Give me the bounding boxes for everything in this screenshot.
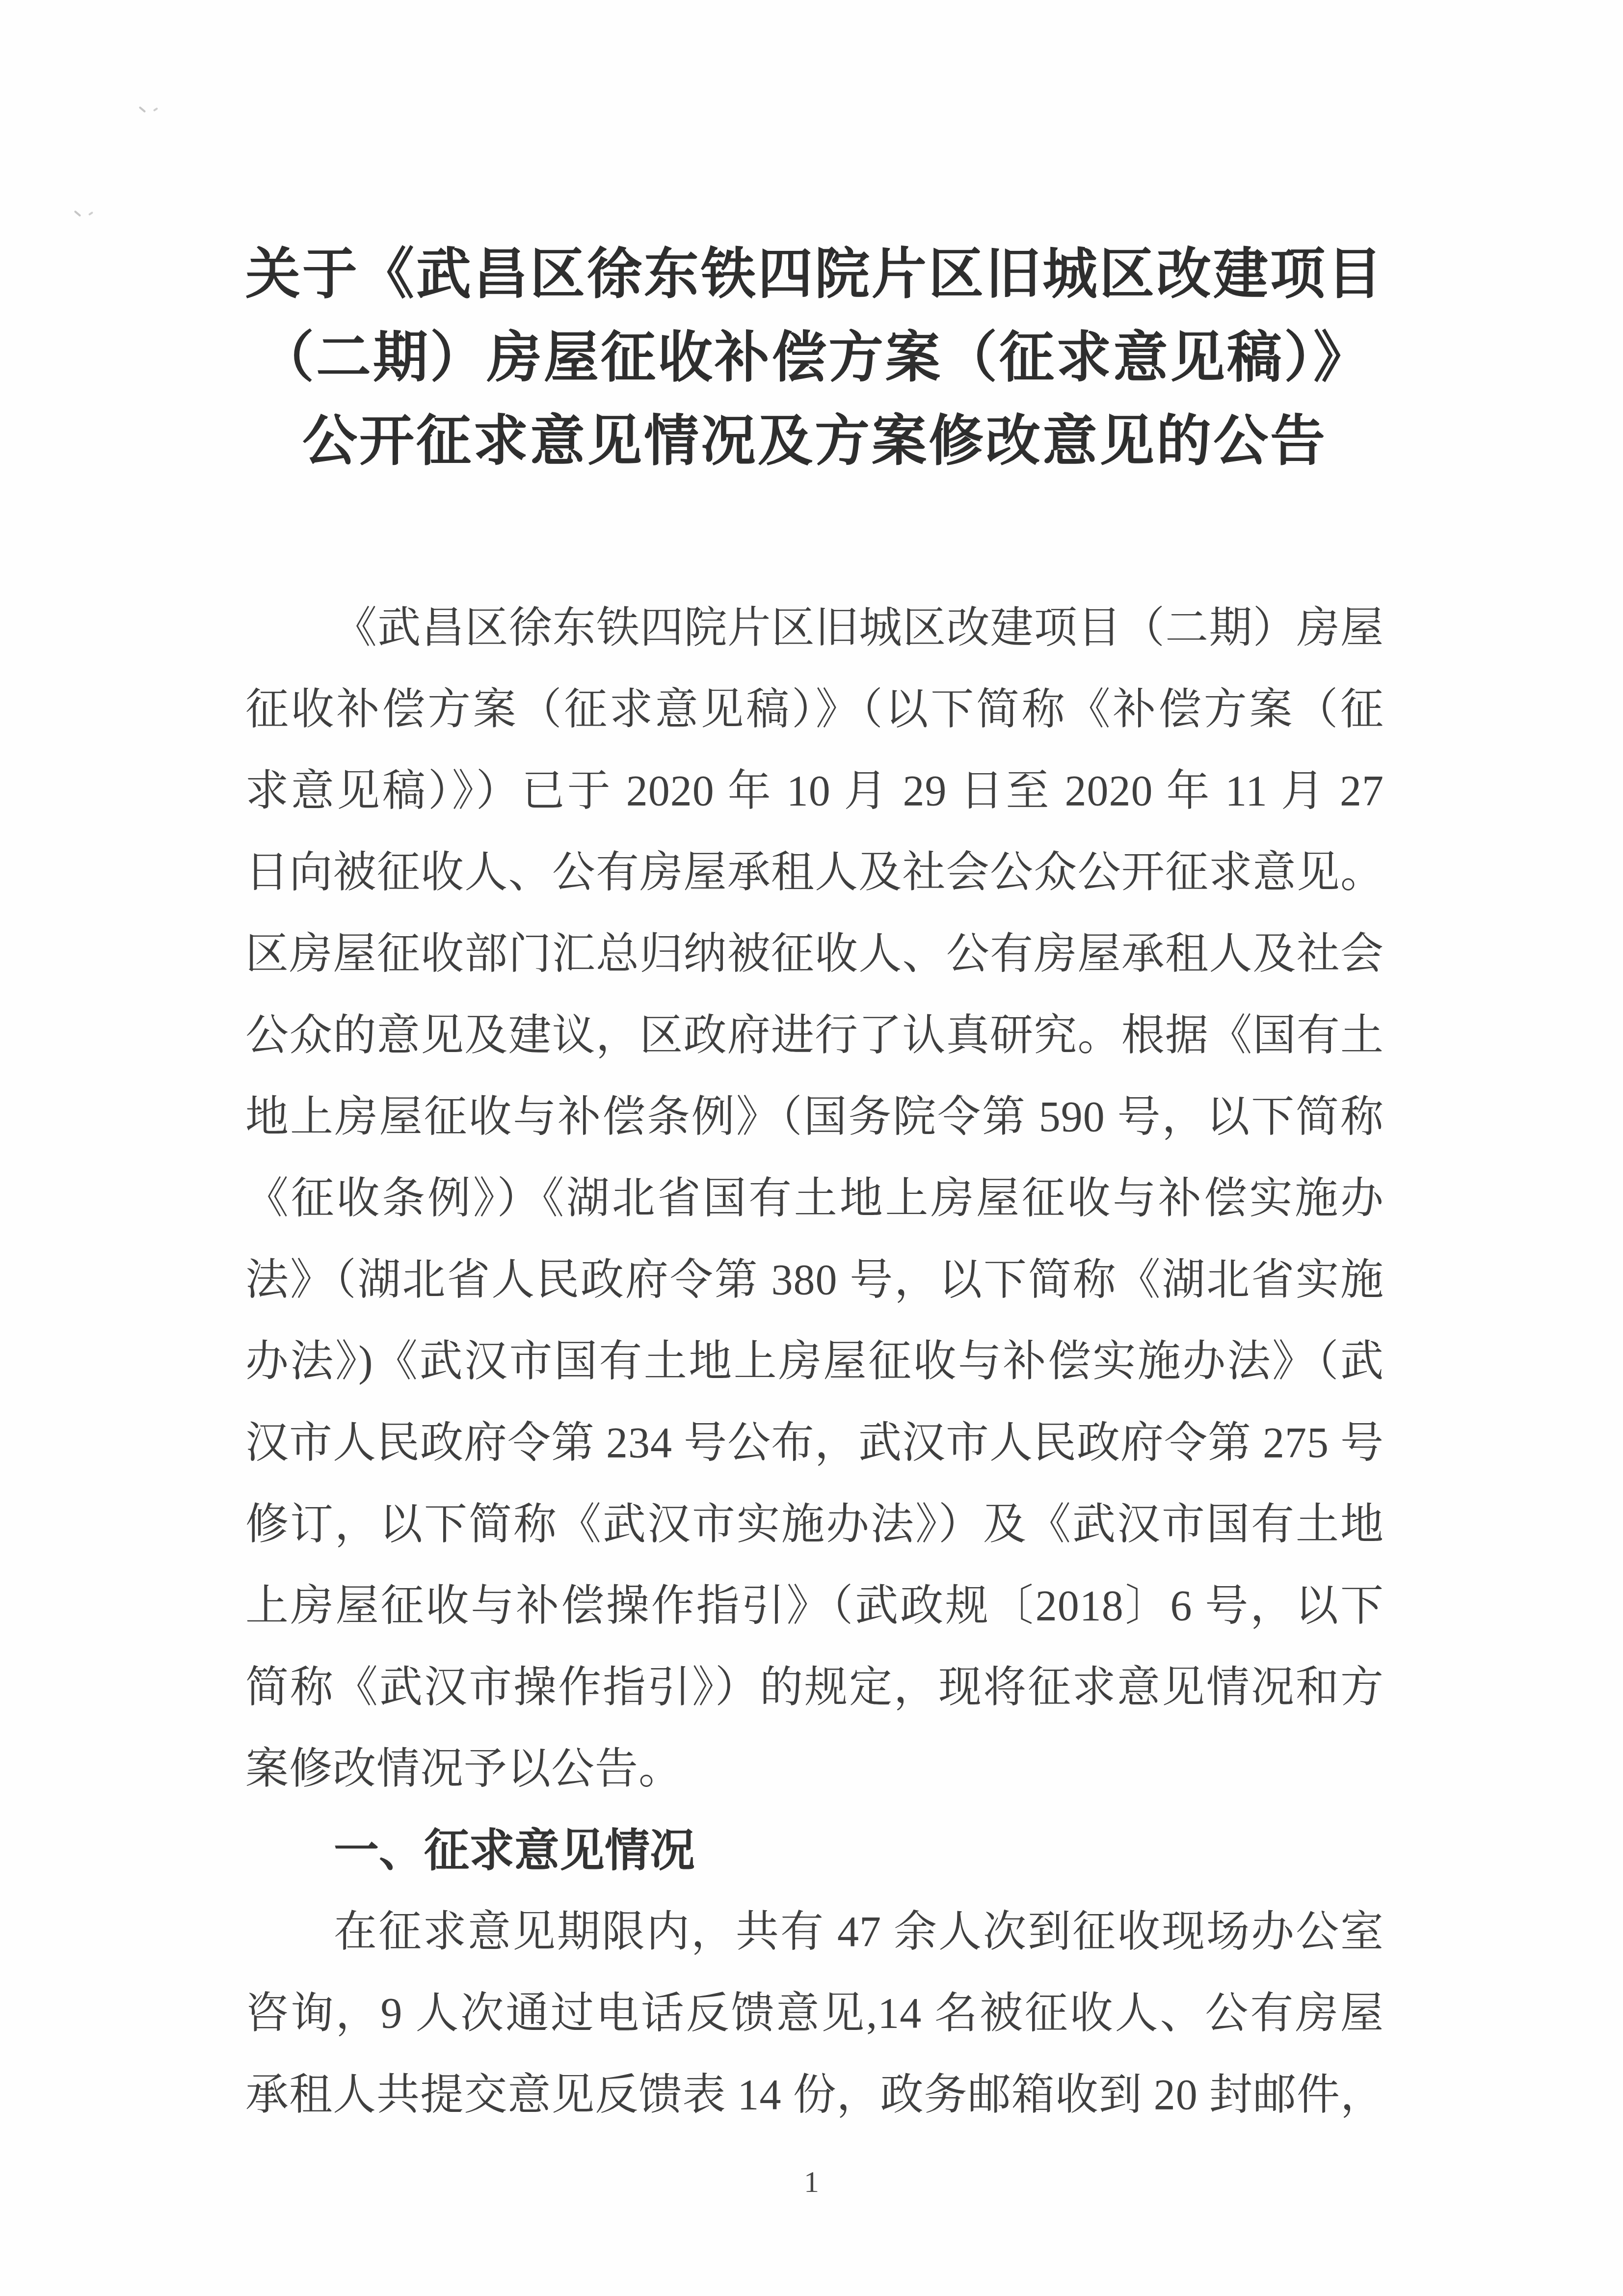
paragraph2-line: 咨询，9 人次通过电话反馈意见,14 名被征收人、公有房屋 (245, 1973, 1384, 2054)
paragraph1-line: 《征收条例》）《湖北省国有土地上房屋征收与补偿实施办 (245, 1158, 1384, 1240)
paragraph2-line: 承租人共提交意见反馈表 14 份，政务邮箱收到 20 封邮件， (245, 2054, 1384, 2136)
paragraph1-line: 办法》)《武汉市国有土地上房屋征收与补偿实施办法》（武 (245, 1321, 1384, 1403)
paragraph1-line: 《武昌区徐东铁四院片区旧城区改建项目（二期）房屋 (245, 588, 1384, 669)
paragraph1-line: 日向被征收人、公有房屋承租人及社会公众公开征求意见。 (245, 832, 1384, 914)
paragraph1-line: 地上房屋征收与补偿条例》（国务院令第 590 号，以下简称 (245, 1077, 1384, 1158)
document-page: 关于《武昌区徐东铁四院片区旧城区改建项目 （二期）房屋征收补偿方案（征求意见稿）… (0, 0, 1623, 2296)
paragraph2-line: 在征求意见期限内，共有 47 余人次到征收现场办公室 (245, 1891, 1384, 1973)
paragraph1-line: 案修改情况予以公告。 (245, 1729, 1384, 1810)
document-body: 《武昌区徐东铁四院片区旧城区改建项目（二期）房屋 征收补偿方案（征求意见稿）》（… (245, 588, 1384, 2136)
paragraph1-line: 征收补偿方案（征求意见稿）》（以下简称《补偿方案（征 (245, 669, 1384, 751)
page-number: 1 (0, 2165, 1623, 2200)
scan-artifact (74, 208, 93, 217)
paragraph1-line: 求意见稿）》）已于 2020 年 10 月 29 日至 2020 年 11 月 … (245, 751, 1384, 832)
paragraph1-line: 区房屋征收部门汇总归纳被征收人、公有房屋承租人及社会 (245, 914, 1384, 995)
document-title: 关于《武昌区徐东铁四院片区旧城区改建项目 （二期）房屋征收补偿方案（征求意见稿）… (236, 233, 1394, 484)
paragraph1-line: 上房屋征收与补偿操作指引》（武政规〔2018〕6 号，以下 (245, 1566, 1384, 1647)
paragraph1-line: 汉市人民政府令第 234 号公布，武汉市人民政府令第 275 号 (245, 1403, 1384, 1484)
paragraph1-line: 公众的意见及建议，区政府进行了认真研究。根据《国有土 (245, 995, 1384, 1077)
paragraph1-line: 简称《武汉市操作指引》）的规定，现将征求意见情况和方 (245, 1647, 1384, 1729)
title-line: 公开征求意见情况及方案修改意见的公告 (236, 400, 1394, 484)
section1-heading: 一、征求意见情况 (245, 1810, 1384, 1891)
title-line: （二期）房屋征收补偿方案（征求意见稿）》 (236, 317, 1394, 400)
paragraph1-line: 法》（湖北省人民政府令第 380 号，以下简称《湖北省实施 (245, 1240, 1384, 1321)
scan-artifact (138, 104, 158, 113)
title-line: 关于《武昌区徐东铁四院片区旧城区改建项目 (236, 233, 1394, 317)
paragraph1-line: 修订，以下简称《武汉市实施办法》）及《武汉市国有土地 (245, 1484, 1384, 1566)
